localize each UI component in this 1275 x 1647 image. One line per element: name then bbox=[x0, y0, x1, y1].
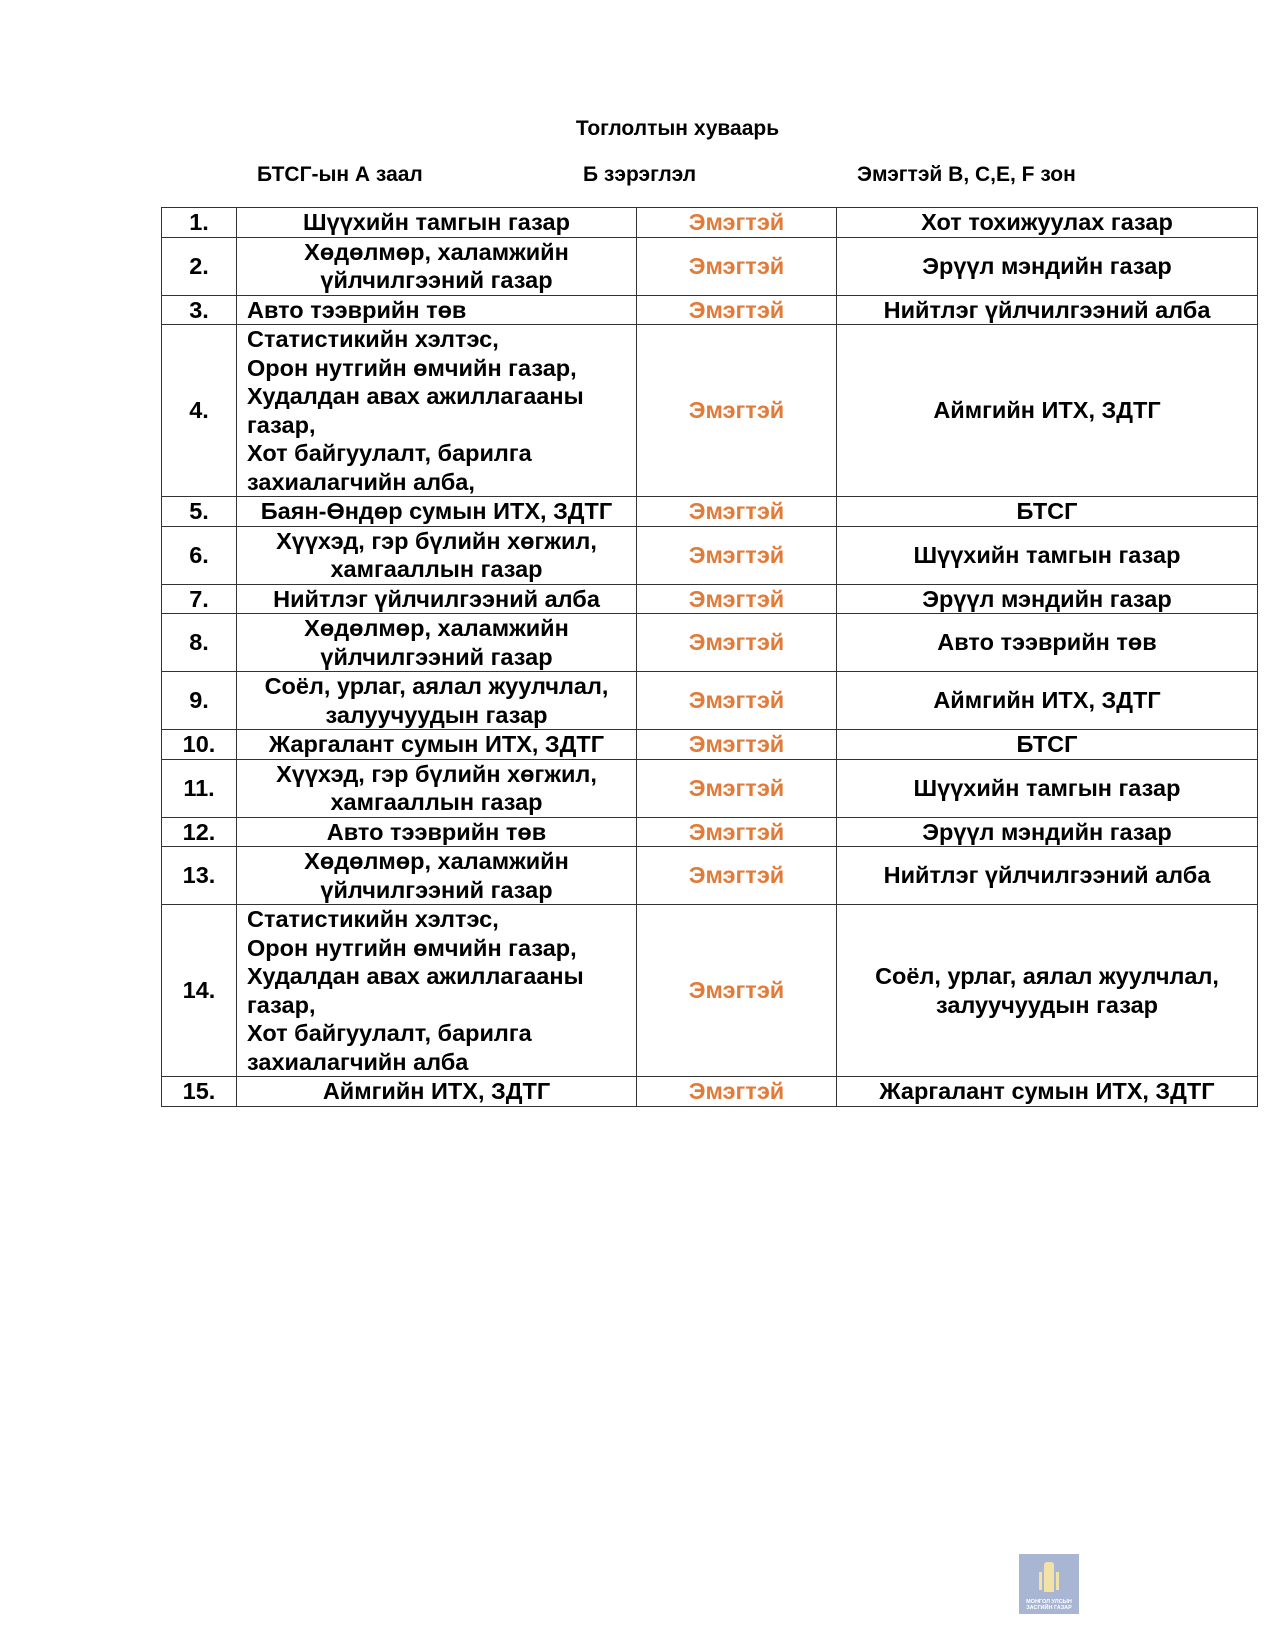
match-number: 8. bbox=[162, 614, 237, 672]
match-number: 13. bbox=[162, 847, 237, 905]
team-a-name-line: Хүүхэд, гэр бүлийн хөгжил, bbox=[247, 760, 626, 789]
category-label: Эмэгтэй bbox=[637, 237, 837, 295]
match-number: 3. bbox=[162, 295, 237, 325]
match-number: 4. bbox=[162, 325, 237, 497]
venue-heading: БТСГ-ын А заал bbox=[257, 163, 423, 187]
team-b-cell: Эрүүл мэндийн газар bbox=[837, 584, 1258, 614]
team-b-name-line: Шүүхийн тамгын газар bbox=[847, 774, 1247, 803]
category-label: Эмэгтэй bbox=[637, 1077, 837, 1107]
category-heading: Эмэгтэй B, C,E, F зон bbox=[857, 163, 1076, 187]
match-number: 7. bbox=[162, 584, 237, 614]
table-row: 1.Шүүхийн тамгын газарЭмэгтэйХот тохижуу… bbox=[162, 208, 1258, 238]
match-number: 12. bbox=[162, 817, 237, 847]
team-b-name-line: Нийтлэг үйлчилгээний алба bbox=[847, 861, 1247, 890]
table-row: 4.Статистикийн хэлтэс,Орон нутгийн өмчий… bbox=[162, 325, 1258, 497]
team-a-name-line: хамгааллын газар bbox=[247, 788, 626, 817]
team-a-cell: Шүүхийн тамгын газар bbox=[237, 208, 637, 238]
team-a-cell: Хөдөлмөр, халамжийнүйлчилгээний газар bbox=[237, 237, 637, 295]
team-a-cell: Жаргалант сумын ИТХ, ЗДТГ bbox=[237, 730, 637, 760]
table-row: 2.Хөдөлмөр, халамжийнүйлчилгээний газарЭ… bbox=[162, 237, 1258, 295]
team-b-name-line: Эрүүл мэндийн газар bbox=[847, 585, 1247, 614]
team-b-cell: Авто тээврийн төв bbox=[837, 614, 1258, 672]
table-row: 6.Хүүхэд, гэр бүлийн хөгжил,хамгааллын г… bbox=[162, 526, 1258, 584]
table-row: 10.Жаргалант сумын ИТХ, ЗДТГЭмэгтэйБТСГ bbox=[162, 730, 1258, 760]
team-b-cell: Аймгийн ИТХ, ЗДТГ bbox=[837, 672, 1258, 730]
team-a-name-line: Шүүхийн тамгын газар bbox=[247, 208, 626, 237]
team-a-name-line: Нийтлэг үйлчилгээний алба bbox=[247, 585, 626, 614]
match-number: 14. bbox=[162, 905, 237, 1077]
team-a-cell: Баян-Өндөр сумын ИТХ, ЗДТГ bbox=[237, 497, 637, 527]
team-a-name-line: Статистикийн хэлтэс, bbox=[247, 905, 626, 934]
team-a-name-line: үйлчилгээний газар bbox=[247, 266, 626, 295]
team-a-name-line: Соёл, урлаг, аялал жуулчлал, bbox=[247, 672, 626, 701]
match-number: 15. bbox=[162, 1077, 237, 1107]
team-a-name-line: үйлчилгээний газар bbox=[247, 643, 626, 672]
team-a-name-line: Худалдан авах ажиллагааны bbox=[247, 962, 626, 991]
team-b-name-line: БТСГ bbox=[847, 730, 1247, 759]
document-title: Тоглолтын хуваарь bbox=[0, 117, 1275, 141]
team-b-cell: Жаргалант сумын ИТХ, ЗДТГ bbox=[837, 1077, 1258, 1107]
team-a-cell: Хөдөлмөр, халамжийнүйлчилгээний газар bbox=[237, 847, 637, 905]
team-b-name-line: Аймгийн ИТХ, ЗДТГ bbox=[847, 396, 1247, 425]
schedule-body: 1.Шүүхийн тамгын газарЭмэгтэйХот тохижуу… bbox=[162, 208, 1258, 1107]
match-number: 1. bbox=[162, 208, 237, 238]
team-a-name-line: захиалагчийн алба, bbox=[247, 468, 626, 497]
team-a-name-line: Худалдан авах ажиллагааны bbox=[247, 382, 626, 411]
team-b-name-line: Авто тээврийн төв bbox=[847, 628, 1247, 657]
team-a-cell: Хүүхэд, гэр бүлийн хөгжил,хамгааллын газ… bbox=[237, 526, 637, 584]
category-label: Эмэгтэй bbox=[637, 817, 837, 847]
category-label: Эмэгтэй bbox=[637, 905, 837, 1077]
match-number: 11. bbox=[162, 759, 237, 817]
category-label: Эмэгтэй bbox=[637, 759, 837, 817]
team-a-name-line: Хөдөлмөр, халамжийн bbox=[247, 238, 626, 267]
category-label: Эмэгтэй bbox=[637, 730, 837, 760]
team-a-name-line: хамгааллын газар bbox=[247, 555, 626, 584]
match-number: 9. bbox=[162, 672, 237, 730]
team-b-name-line: БТСГ bbox=[847, 497, 1247, 526]
table-row: 13.Хөдөлмөр, халамжийнүйлчилгээний газар… bbox=[162, 847, 1258, 905]
team-a-name-line: Орон нутгийн өмчийн газар, bbox=[247, 354, 626, 383]
team-b-cell: Нийтлэг үйлчилгээний алба bbox=[837, 295, 1258, 325]
team-a-name-line: газар, bbox=[247, 991, 626, 1020]
team-a-name-line: Жаргалант сумын ИТХ, ЗДТГ bbox=[247, 730, 626, 759]
team-a-name-line: Авто тээврийн төв bbox=[247, 296, 626, 325]
table-row: 8.Хөдөлмөр, халамжийнүйлчилгээний газарЭ… bbox=[162, 614, 1258, 672]
team-a-name-line: Аймгийн ИТХ, ЗДТГ bbox=[247, 1077, 626, 1106]
team-a-name-line: захиалагчийн алба bbox=[247, 1048, 626, 1077]
team-b-cell: Шүүхийн тамгын газар bbox=[837, 526, 1258, 584]
category-label: Эмэгтэй bbox=[637, 497, 837, 527]
team-b-name-line: Нийтлэг үйлчилгээний алба bbox=[847, 296, 1247, 325]
match-number: 6. bbox=[162, 526, 237, 584]
team-b-cell: Аймгийн ИТХ, ЗДТГ bbox=[837, 325, 1258, 497]
category-label: Эмэгтэй bbox=[637, 208, 837, 238]
table-row: 5.Баян-Өндөр сумын ИТХ, ЗДТГЭмэгтэйБТСГ bbox=[162, 497, 1258, 527]
team-b-name-line: залуучуудын газар bbox=[847, 991, 1247, 1020]
team-a-cell: Нийтлэг үйлчилгээний алба bbox=[237, 584, 637, 614]
table-row: 11.Хүүхэд, гэр бүлийн хөгжил,хамгааллын … bbox=[162, 759, 1258, 817]
category-label: Эмэгтэй bbox=[637, 584, 837, 614]
team-b-cell: БТСГ bbox=[837, 730, 1258, 760]
category-label: Эмэгтэй bbox=[637, 672, 837, 730]
logo-text: МОНГОЛ УЛСЫН ЗАСГИЙН ГАЗАР bbox=[1019, 1599, 1079, 1611]
team-a-name-line: Авто тээврийн төв bbox=[247, 818, 626, 847]
table-row: 7.Нийтлэг үйлчилгээний албаЭмэгтэйЭрүүл … bbox=[162, 584, 1258, 614]
team-a-name-line: залуучуудын газар bbox=[247, 701, 626, 730]
round-heading: Б зэрэглэл bbox=[583, 163, 696, 187]
match-number: 2. bbox=[162, 237, 237, 295]
team-b-name-line: Соёл, урлаг, аялал жуулчлал, bbox=[847, 962, 1247, 991]
table-row: 12.Авто тээврийн төвЭмэгтэйЭрүүл мэндийн… bbox=[162, 817, 1258, 847]
table-row: 3.Авто тээврийн төвЭмэгтэйНийтлэг үйлчил… bbox=[162, 295, 1258, 325]
team-a-cell: Хүүхэд, гэр бүлийн хөгжил,хамгааллын газ… bbox=[237, 759, 637, 817]
team-b-cell: Шүүхийн тамгын газар bbox=[837, 759, 1258, 817]
team-a-cell: Аймгийн ИТХ, ЗДТГ bbox=[237, 1077, 637, 1107]
schedule-table: 1.Шүүхийн тамгын газарЭмэгтэйХот тохижуу… bbox=[161, 207, 1258, 1107]
category-label: Эмэгтэй bbox=[637, 295, 837, 325]
team-a-cell: Авто тээврийн төв bbox=[237, 295, 637, 325]
team-b-cell: Эрүүл мэндийн газар bbox=[837, 237, 1258, 295]
team-a-name-line: Баян-Өндөр сумын ИТХ, ЗДТГ bbox=[247, 497, 626, 526]
table-row: 15.Аймгийн ИТХ, ЗДТГЭмэгтэйЖаргалант сум… bbox=[162, 1077, 1258, 1107]
team-a-name-line: Хот байгуулалт, барилга bbox=[247, 439, 626, 468]
match-number: 10. bbox=[162, 730, 237, 760]
table-row: 9.Соёл, урлаг, аялал жуулчлал,залуучууды… bbox=[162, 672, 1258, 730]
team-b-cell: Нийтлэг үйлчилгээний алба bbox=[837, 847, 1258, 905]
team-a-cell: Статистикийн хэлтэс,Орон нутгийн өмчийн … bbox=[237, 325, 637, 497]
table-row: 14.Статистикийн хэлтэс,Орон нутгийн өмчи… bbox=[162, 905, 1258, 1077]
team-b-cell: БТСГ bbox=[837, 497, 1258, 527]
team-b-name-line: Шүүхийн тамгын газар bbox=[847, 541, 1247, 570]
soyombo-emblem-icon bbox=[1044, 1562, 1054, 1592]
team-a-name-line: Хөдөлмөр, халамжийн bbox=[247, 614, 626, 643]
team-a-cell: Статистикийн хэлтэс,Орон нутгийн өмчийн … bbox=[237, 905, 637, 1077]
team-a-cell: Соёл, урлаг, аялал жуулчлал,залуучуудын … bbox=[237, 672, 637, 730]
category-label: Эмэгтэй bbox=[637, 614, 837, 672]
team-a-cell: Авто тээврийн төв bbox=[237, 817, 637, 847]
team-a-name-line: үйлчилгээний газар bbox=[247, 876, 626, 905]
team-b-name-line: Эрүүл мэндийн газар bbox=[847, 818, 1247, 847]
government-logo: МОНГОЛ УЛСЫН ЗАСГИЙН ГАЗАР bbox=[1019, 1554, 1079, 1614]
team-b-cell: Эрүүл мэндийн газар bbox=[837, 817, 1258, 847]
team-b-name-line: Аймгийн ИТХ, ЗДТГ bbox=[847, 686, 1247, 715]
category-label: Эмэгтэй bbox=[637, 325, 837, 497]
team-a-name-line: Статистикийн хэлтэс, bbox=[247, 325, 626, 354]
match-number: 5. bbox=[162, 497, 237, 527]
team-b-cell: Соёл, урлаг, аялал жуулчлал,залуучуудын … bbox=[837, 905, 1258, 1077]
team-b-name-line: Жаргалант сумын ИТХ, ЗДТГ bbox=[847, 1077, 1247, 1106]
category-label: Эмэгтэй bbox=[637, 847, 837, 905]
team-a-name-line: газар, bbox=[247, 411, 626, 440]
team-a-name-line: Орон нутгийн өмчийн газар, bbox=[247, 934, 626, 963]
team-a-name-line: Хот байгуулалт, барилга bbox=[247, 1019, 626, 1048]
team-b-name-line: Эрүүл мэндийн газар bbox=[847, 252, 1247, 281]
team-a-cell: Хөдөлмөр, халамжийнүйлчилгээний газар bbox=[237, 614, 637, 672]
team-b-cell: Хот тохижуулах газар bbox=[837, 208, 1258, 238]
team-a-name-line: Хөдөлмөр, халамжийн bbox=[247, 847, 626, 876]
team-a-name-line: Хүүхэд, гэр бүлийн хөгжил, bbox=[247, 527, 626, 556]
category-label: Эмэгтэй bbox=[637, 526, 837, 584]
team-b-name-line: Хот тохижуулах газар bbox=[847, 208, 1247, 237]
